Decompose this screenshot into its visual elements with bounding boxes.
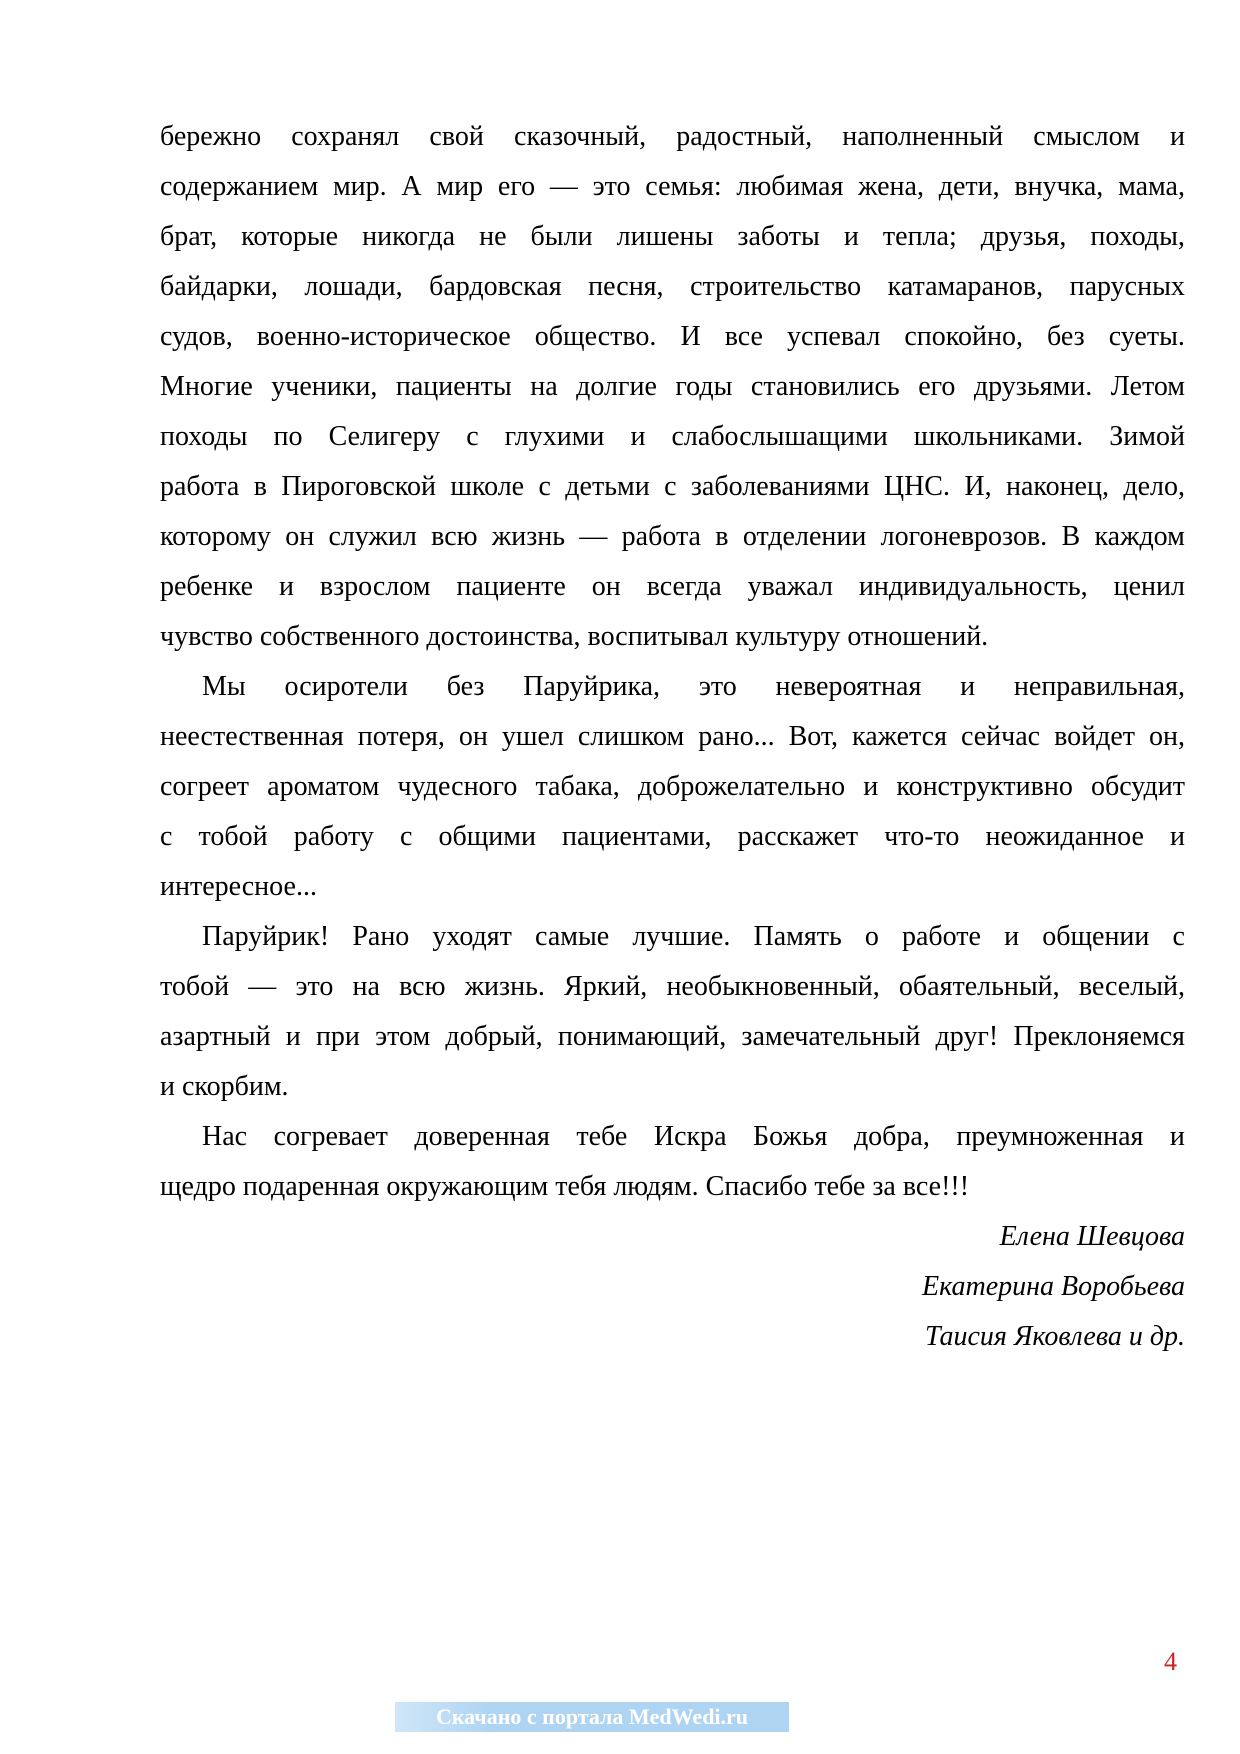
text-line: байдарки,лошади,бардовскаяпесня,строител… <box>160 262 1185 312</box>
text-line: щедро подаренная окружающим тебя людям. … <box>160 1162 1185 1212</box>
signature: Таисия Яковлева и др. <box>160 1312 1185 1362</box>
text-line: МыосиротелибезПаруйрика,этоневероятнаяин… <box>160 662 1185 712</box>
text-body: бережносохранялсвойсказочный,радостный,н… <box>160 112 1185 1362</box>
text-line: ребенкеивзросломпациентеонвсегдауважалин… <box>160 562 1185 612</box>
text-line: брат,которыеникогданебылилишенызаботыите… <box>160 212 1185 262</box>
signature: Елена Шевцова <box>160 1212 1185 1262</box>
text-line: судов,военно-историческоеобщество.Ивсеус… <box>160 312 1185 362</box>
text-line: и скорбим. <box>160 1062 1185 1112</box>
text-line: согреетароматомчудесноготабака,доброжела… <box>160 762 1185 812</box>
signature-block: Елена ШевцоваЕкатерина ВоробьеваТаисия Я… <box>160 1212 1185 1362</box>
text-line: походыпоСелигерусглухимиислабослышащимиш… <box>160 412 1185 462</box>
text-line: содержаниеммир.Амирего—этосемья:любимаяж… <box>160 162 1185 212</box>
text-line: неестественнаяпотеря,онушелслишкомрано..… <box>160 712 1185 762</box>
text-line: стобойработусобщимипациентами,расскажетч… <box>160 812 1185 862</box>
text-line: которомуонслужилвсюжизнь—работавотделени… <box>160 512 1185 562</box>
text-line: Паруйрик!Раноуходятсамыелучшие.Памятьора… <box>160 912 1185 962</box>
text-line: азартныйиприэтомдобрый,понимающий,замеча… <box>160 1012 1185 1062</box>
text-line: Многиеученики,пациентынадолгиегодыстанов… <box>160 362 1185 412</box>
page-number: 4 <box>1164 1646 1177 1678</box>
text-line: НассогреваетдовереннаятебеИскраБожьядобр… <box>160 1112 1185 1162</box>
text-line: интересное... <box>160 862 1185 912</box>
text-line: бережносохранялсвойсказочный,радостный,н… <box>160 112 1185 162</box>
text-line: работавПироговскойшколесдетьмисзаболеван… <box>160 462 1185 512</box>
text-line: тобой—этонавсюжизнь.Яркий,необыкновенный… <box>160 962 1185 1012</box>
medwedi-banner-link[interactable]: Скачано с портала MedWedi.ru <box>395 1702 789 1732</box>
signature: Екатерина Воробьева <box>160 1262 1185 1312</box>
text-line: чувство собственного достоинства, воспит… <box>160 612 1185 662</box>
document-page: бережносохранялсвойсказочный,радостный,н… <box>0 0 1240 1754</box>
